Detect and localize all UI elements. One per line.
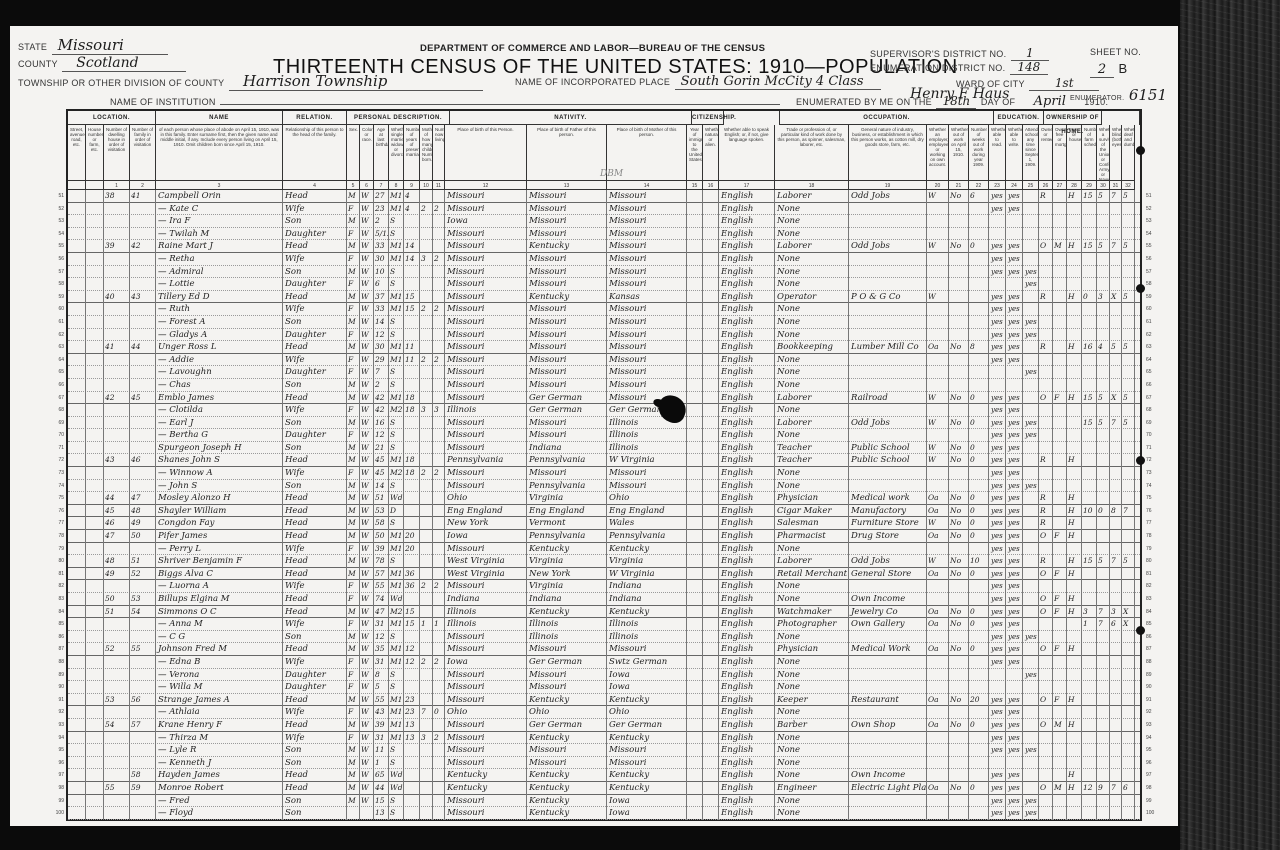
sheet-side: B xyxy=(1118,61,1127,76)
cell-pob: Missouri xyxy=(445,303,527,316)
cell-dwelling: 43 xyxy=(104,454,130,467)
cell-out: No xyxy=(949,719,969,732)
cell-living xyxy=(433,769,445,782)
cell-yrs xyxy=(404,505,420,518)
cell-mpob: Missouri xyxy=(607,480,687,493)
cell-fpob: Missouri xyxy=(527,429,607,442)
cell-living xyxy=(433,543,445,556)
cell-empty xyxy=(687,454,703,467)
sheet-number-field: Sheet No. 2 B xyxy=(1090,42,1141,78)
cell-out xyxy=(949,807,969,820)
cell-empty xyxy=(68,706,86,719)
cell-trade: None xyxy=(775,404,849,417)
column-number: 21 xyxy=(949,180,969,190)
cell-farm xyxy=(1067,580,1082,593)
cell-rel: Head xyxy=(283,593,347,606)
cell-empty xyxy=(68,782,86,795)
cell-c30 xyxy=(1097,568,1110,581)
county-field: County Scotland xyxy=(18,54,186,72)
cell-sex: F xyxy=(347,732,360,745)
section-language xyxy=(724,111,780,125)
cell-pob: Illinois xyxy=(445,618,527,631)
cell-lang: English xyxy=(719,329,775,342)
cell-sex: M xyxy=(347,291,360,304)
cell-race: W xyxy=(360,643,374,656)
cell-mort xyxy=(1053,618,1067,631)
cell-farm xyxy=(1067,480,1082,493)
cell-name: — Lavoughn xyxy=(156,366,283,379)
cell-family xyxy=(130,795,156,808)
cell-yrs: 18 xyxy=(404,404,420,417)
cell-race: W xyxy=(360,505,374,518)
column-header: Farm or house. xyxy=(1067,125,1082,180)
cell-empty xyxy=(68,404,86,417)
cell-empty xyxy=(86,694,104,707)
cell-c32 xyxy=(1122,329,1135,342)
cell-c32: 5 xyxy=(1122,341,1135,354)
column-header: Whether able to write. xyxy=(1006,125,1023,180)
cell-sex: M xyxy=(347,392,360,405)
cell-school xyxy=(1023,593,1039,606)
cell-c32 xyxy=(1122,719,1135,732)
cell-farm: H xyxy=(1067,492,1082,505)
cell-empty xyxy=(687,656,703,669)
cell-empty xyxy=(86,467,104,480)
cell-empty xyxy=(68,656,86,669)
cell-sched xyxy=(1082,278,1097,291)
cell-c30 xyxy=(1097,517,1110,530)
cell-pob: Missouri xyxy=(445,240,527,253)
cell-emp: Oa xyxy=(927,568,949,581)
cell-rel: Daughter xyxy=(283,429,347,442)
cell-c30: 3 xyxy=(1097,291,1110,304)
cell-empty xyxy=(687,341,703,354)
line-number-right: 83 xyxy=(1146,593,1166,606)
cell-yrs: 13 xyxy=(404,732,420,745)
cell-read: yes xyxy=(989,392,1006,405)
cell-industry xyxy=(849,303,927,316)
cell-pob: Illinois xyxy=(445,606,527,619)
line-number: 72 xyxy=(24,454,64,467)
cell-write: yes xyxy=(1006,253,1023,266)
column-number: 13 xyxy=(527,180,607,190)
cell-read: yes xyxy=(989,694,1006,707)
cell-write: yes xyxy=(1006,706,1023,719)
cell-yrs: 18 xyxy=(404,467,420,480)
cell-yrs: 18 xyxy=(404,392,420,405)
table-row: 53— Ira FSonMW2SIowaMissouriMissouriEngl… xyxy=(68,215,1140,228)
cell-c30: 7 xyxy=(1097,618,1110,631)
cell-born: 7 xyxy=(420,706,433,719)
cell-c32 xyxy=(1122,316,1135,329)
cell-c32: X xyxy=(1122,606,1135,619)
column-header: Year of immigration to the United States… xyxy=(687,125,703,180)
cell-industry xyxy=(849,404,927,417)
cell-mort xyxy=(1053,354,1067,367)
cell-dwelling: 54 xyxy=(104,719,130,732)
cell-own xyxy=(1039,203,1053,216)
cell-c32 xyxy=(1122,442,1135,455)
cell-empty xyxy=(86,240,104,253)
cell-name: Monroe Robert xyxy=(156,782,283,795)
cell-mort xyxy=(1053,795,1067,808)
punch-hole xyxy=(1136,626,1145,635)
cell-sex: F xyxy=(347,278,360,291)
cell-emp xyxy=(927,681,949,694)
cell-yrs xyxy=(404,555,420,568)
cell-marital: M1 xyxy=(389,530,404,543)
cell-dwelling: 50 xyxy=(104,593,130,606)
cell-fpob: Missouri xyxy=(527,266,607,279)
cell-out: No xyxy=(949,417,969,430)
cell-pob: Missouri xyxy=(445,631,527,644)
cell-industry xyxy=(849,807,927,820)
cell-family xyxy=(130,580,156,593)
cell-age: 43 xyxy=(374,706,389,719)
table-row: 52— Kate CWifeFW23M1422MissouriMissouriM… xyxy=(68,203,1140,216)
cell-lang: English xyxy=(719,555,775,568)
cell-race: W xyxy=(360,568,374,581)
cell-dwelling xyxy=(104,417,130,430)
cell-emp: Oa xyxy=(927,643,949,656)
county-label: County xyxy=(18,59,58,69)
cell-farm xyxy=(1067,706,1082,719)
cell-sex: F xyxy=(347,543,360,556)
cell-age: 30 xyxy=(374,341,389,354)
cell-trade: None xyxy=(775,681,849,694)
cell-lang: English xyxy=(719,240,775,253)
cell-rel: Head xyxy=(283,694,347,707)
line-number-right: 91 xyxy=(1146,694,1166,707)
cell-lang: English xyxy=(719,807,775,820)
cell-c30 xyxy=(1097,769,1110,782)
line-number-right: 67 xyxy=(1146,392,1166,405)
cell-yrs xyxy=(404,278,420,291)
cell-sched xyxy=(1082,669,1097,682)
table-row: 845154Simmons O CHeadMW47M215IllinoisKen… xyxy=(68,606,1140,619)
cell-school xyxy=(1023,681,1039,694)
cell-name: Biggs Alva C xyxy=(156,568,283,581)
cell-pob: Missouri xyxy=(445,228,527,241)
cell-industry xyxy=(849,669,927,682)
cell-name: Shriver Benjamin F xyxy=(156,555,283,568)
cell-empty xyxy=(86,517,104,530)
cell-c31: X xyxy=(1110,291,1122,304)
cell-read: yes xyxy=(989,656,1006,669)
cell-empty xyxy=(703,757,719,770)
cell-school xyxy=(1023,215,1039,228)
cell-mpob: Kentucky xyxy=(607,694,687,707)
column-number: 18 xyxy=(775,180,849,190)
cell-dwelling xyxy=(104,366,130,379)
column-annotation: DBM xyxy=(600,169,623,179)
cell-empty xyxy=(68,757,86,770)
cell-out xyxy=(949,706,969,719)
cell-emp xyxy=(927,316,949,329)
column-header: Place of birth of this Person. xyxy=(445,125,527,180)
cell-empty xyxy=(703,795,719,808)
cell-industry xyxy=(849,366,927,379)
cell-empty xyxy=(68,392,86,405)
cell-mpob: Missouri xyxy=(607,278,687,291)
cell-yrs xyxy=(404,769,420,782)
cell-empty xyxy=(68,505,86,518)
cell-school: yes xyxy=(1023,669,1039,682)
cell-read: yes xyxy=(989,543,1006,556)
cell-read: yes xyxy=(989,467,1006,480)
cell-living xyxy=(433,329,445,342)
cell-fpob: Ger German xyxy=(527,392,607,405)
cell-empty xyxy=(68,719,86,732)
cell-rel: Head xyxy=(283,505,347,518)
cell-sched: 15 xyxy=(1082,555,1097,568)
cell-race: W xyxy=(360,303,374,316)
cell-family: 58 xyxy=(130,769,156,782)
cell-c31 xyxy=(1110,480,1122,493)
cell-empty xyxy=(86,530,104,543)
cell-read: yes xyxy=(989,492,1006,505)
cell-farm xyxy=(1067,253,1082,266)
cell-rel: Son xyxy=(283,744,347,757)
cell-dwelling: 38 xyxy=(104,190,130,203)
cell-marital: S xyxy=(389,379,404,392)
cell-write: yes xyxy=(1006,354,1023,367)
cell-rel: Son xyxy=(283,480,347,493)
cell-empty xyxy=(703,706,719,719)
cell-marital: S xyxy=(389,316,404,329)
cell-dwelling xyxy=(104,618,130,631)
column-number: 6 xyxy=(360,180,374,190)
cell-weeks xyxy=(969,631,989,644)
cell-own: O xyxy=(1039,568,1053,581)
cell-pob: Indiana xyxy=(445,593,527,606)
cell-c31 xyxy=(1110,366,1122,379)
cell-empty xyxy=(703,266,719,279)
cell-fpob: Pennsylvania xyxy=(527,480,607,493)
cell-emp: Oa xyxy=(927,618,949,631)
cell-age: 31 xyxy=(374,618,389,631)
table-row: 54— Twilah MDaughterFW5/12SMissouriMisso… xyxy=(68,228,1140,241)
cell-family: 46 xyxy=(130,454,156,467)
cell-sched xyxy=(1082,480,1097,493)
table-row: 88— Edna BWifeFW31M11222IowaGer GermanSw… xyxy=(68,656,1140,669)
cell-empty xyxy=(68,278,86,291)
cell-weeks xyxy=(969,329,989,342)
cell-age: 55 xyxy=(374,580,389,593)
cell-trade: None xyxy=(775,656,849,669)
cell-fpob: Illinois xyxy=(527,618,607,631)
cell-race: W xyxy=(360,442,374,455)
incorporated-label: Name of incorporated place xyxy=(515,77,670,87)
cell-write: yes xyxy=(1006,543,1023,556)
line-number: 69 xyxy=(24,417,64,430)
cell-school xyxy=(1023,291,1039,304)
cell-sched: 15 xyxy=(1082,417,1097,430)
cell-c30 xyxy=(1097,316,1110,329)
cell-sched xyxy=(1082,329,1097,342)
line-number: 68 xyxy=(24,404,64,417)
cell-read: yes xyxy=(989,618,1006,631)
table-row: 57— AdmiralSonMW10SMissouriMissouriMisso… xyxy=(68,266,1140,279)
cell-race: W xyxy=(360,744,374,757)
cell-name: — Ira F xyxy=(156,215,283,228)
cell-born xyxy=(420,681,433,694)
cell-farm xyxy=(1067,404,1082,417)
cell-pob: Missouri xyxy=(445,316,527,329)
cell-empty xyxy=(86,429,104,442)
cell-yrs: 23 xyxy=(404,706,420,719)
cell-read: yes xyxy=(989,580,1006,593)
cell-born xyxy=(420,782,433,795)
cell-born: 2 xyxy=(420,354,433,367)
cell-trade: None xyxy=(775,795,849,808)
cell-trade: Photographer xyxy=(775,618,849,631)
cell-yrs: 14 xyxy=(404,240,420,253)
cell-empty xyxy=(687,354,703,367)
cell-weeks xyxy=(969,316,989,329)
cell-empty xyxy=(703,782,719,795)
cell-age: 55 xyxy=(374,694,389,707)
cell-empty xyxy=(86,228,104,241)
cell-lang: English xyxy=(719,706,775,719)
cell-yrs xyxy=(404,757,420,770)
cell-c31 xyxy=(1110,656,1122,669)
cell-marital: S xyxy=(389,417,404,430)
column-header: Age at last birthday. xyxy=(374,125,389,180)
cell-c32 xyxy=(1122,706,1135,719)
column-number: 22 xyxy=(969,180,989,190)
cell-out xyxy=(949,228,969,241)
cell-c31 xyxy=(1110,329,1122,342)
cell-read xyxy=(989,379,1006,392)
column-number: 8 xyxy=(389,180,404,190)
cell-industry: Odd Jobs xyxy=(849,190,927,203)
cell-age: 7 xyxy=(374,366,389,379)
cell-rel: Wife xyxy=(283,706,347,719)
cell-trade: None xyxy=(775,278,849,291)
cell-pob: Missouri xyxy=(445,580,527,593)
cell-farm: H xyxy=(1067,769,1082,782)
cell-own xyxy=(1039,732,1053,745)
cell-mpob: W Virginia xyxy=(607,454,687,467)
cell-school: yes xyxy=(1023,278,1039,291)
cell-race: W xyxy=(360,417,374,430)
cell-pob: Missouri xyxy=(445,694,527,707)
column-header: Whether a survivor of the Union or Confe… xyxy=(1097,125,1110,180)
cell-race: W xyxy=(360,656,374,669)
cell-c32 xyxy=(1122,228,1135,241)
cell-mort xyxy=(1053,291,1067,304)
cell-empty xyxy=(687,228,703,241)
cell-age: 74 xyxy=(374,593,389,606)
cell-born xyxy=(420,379,433,392)
cell-industry: Jewelry Co xyxy=(849,606,927,619)
cell-industry: Drug Store xyxy=(849,530,927,543)
cell-school xyxy=(1023,618,1039,631)
cell-mpob: Kentucky xyxy=(607,606,687,619)
table-row: 86— C GSonMW12SMissouriIllinoisIllinoisE… xyxy=(68,631,1140,644)
cell-marital: M2 xyxy=(389,606,404,619)
cell-living: 2 xyxy=(433,203,445,216)
cell-dwelling: 44 xyxy=(104,492,130,505)
cell-lang: English xyxy=(719,782,775,795)
cell-mpob: Illinois xyxy=(607,429,687,442)
cell-weeks xyxy=(969,291,989,304)
cell-write xyxy=(1006,215,1023,228)
cell-industry: Own Shop xyxy=(849,719,927,732)
cell-write: yes xyxy=(1006,782,1023,795)
cell-race: W xyxy=(360,593,374,606)
cell-mpob: Illinois xyxy=(607,442,687,455)
cell-industry: Manufactory xyxy=(849,505,927,518)
cell-family xyxy=(130,266,156,279)
cell-fpob: Kentucky xyxy=(527,782,607,795)
cell-c31: X xyxy=(1110,392,1122,405)
cell-race: W xyxy=(360,480,374,493)
line-number: 98 xyxy=(24,782,64,795)
column-header: Whether blind (both eyes). xyxy=(1110,125,1122,180)
cell-marital: M1 xyxy=(389,694,404,707)
cell-rel: Wife xyxy=(283,404,347,417)
cell-weeks: 0 xyxy=(969,240,989,253)
cell-weeks xyxy=(969,543,989,556)
cell-living: 2 xyxy=(433,354,445,367)
cell-industry xyxy=(849,429,927,442)
cell-read: yes xyxy=(989,555,1006,568)
cell-emp: Oa xyxy=(927,530,949,543)
cell-lang: English xyxy=(719,568,775,581)
cell-trade: None xyxy=(775,429,849,442)
cell-marital: M1 xyxy=(389,656,404,669)
cell-school: yes xyxy=(1023,795,1039,808)
cell-write: yes xyxy=(1006,303,1023,316)
cell-empty xyxy=(86,568,104,581)
cell-yrs: 15 xyxy=(404,618,420,631)
cell-out xyxy=(949,769,969,782)
cell-trade: None xyxy=(775,329,849,342)
cell-family: 55 xyxy=(130,643,156,656)
cell-out: No xyxy=(949,240,969,253)
cell-name: — Lottie xyxy=(156,278,283,291)
table-row: 92— AthlaiaWifeFW43M12370OhioOhioOhioEng… xyxy=(68,706,1140,719)
cell-industry xyxy=(849,253,927,266)
cell-mpob: Missouri xyxy=(607,215,687,228)
film-edge xyxy=(1180,0,1280,850)
cell-born xyxy=(420,643,433,656)
cell-race: W xyxy=(360,341,374,354)
cell-rel: Son xyxy=(283,316,347,329)
cell-c30: 5 xyxy=(1097,240,1110,253)
cell-read: yes xyxy=(989,795,1006,808)
cell-sex: F xyxy=(347,366,360,379)
cell-age: 65 xyxy=(374,769,389,782)
cell-sched xyxy=(1082,757,1097,770)
table-row: 814952Biggs Alva CHeadMW57M136West Virgi… xyxy=(68,568,1140,581)
cell-rel: Daughter xyxy=(283,366,347,379)
cell-school xyxy=(1023,732,1039,745)
cell-yrs xyxy=(404,316,420,329)
table-row: 95— Lyle RSonMW11SMissouriMissouriMissou… xyxy=(68,744,1140,757)
cell-marital: S xyxy=(389,795,404,808)
cell-weeks: 8 xyxy=(969,341,989,354)
cell-lang: English xyxy=(719,215,775,228)
cell-dwelling xyxy=(104,329,130,342)
cell-write: yes xyxy=(1006,203,1023,216)
cell-trade: Keeper xyxy=(775,694,849,707)
cell-industry xyxy=(849,656,927,669)
cell-trade: None xyxy=(775,580,849,593)
cell-empty xyxy=(68,228,86,241)
